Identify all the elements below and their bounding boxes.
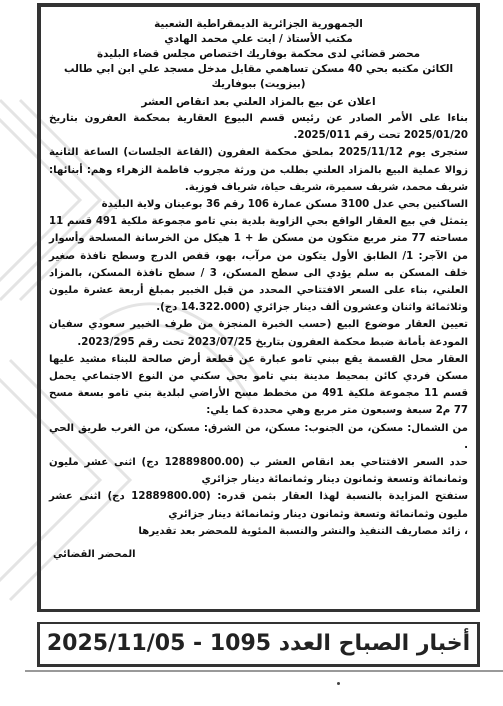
paragraph-expertise: تعيين العقار موضوع البيع (حسب الخبرة الم…: [49, 316, 468, 350]
paragraph-property: يتمثل في بيع العقار الواقع بحي الزاوية ب…: [49, 213, 468, 316]
speck: [337, 682, 340, 685]
paragraph-land: العقار محل القسمة يقع ببني تامو عبارة عن…: [49, 351, 468, 420]
paragraph-residence: الساكنين بحي عدل 3100 مسكن عمارة 106 رقم…: [49, 196, 468, 213]
newspaper-footer: أخبار الصباح العدد 1095 - 2025/11/05: [37, 622, 480, 667]
page-divider: [25, 670, 503, 672]
paragraph-boundaries: من الشمال: مسكن، من الجنوب: مسكن، من الش…: [49, 420, 468, 454]
legal-notice-box: الجمهورية الجزائرية الديمقراطية الشعبية …: [37, 3, 480, 612]
header-office: مكتب الأستاذ / ايت علي محمد الهادي: [49, 32, 468, 47]
header-address: الكائن مكتبه بحي 40 مسكن تساهمي مقابل مد…: [49, 62, 468, 92]
paragraph-opening-price: حدد السعر الافتتاحي بعد انقاص العشر ب (1…: [49, 454, 468, 488]
header-bailiff: محضر قضائي لدى محكمة بوفاريك اختصاص مجلس…: [49, 47, 468, 62]
footer-issue-date: أخبار الصباح العدد 1095 - 2025/11/05: [47, 631, 470, 656]
paragraph-order: بناءا على الأمر الصادر عن رئيس قسم البيو…: [49, 110, 468, 144]
paragraph-fees: ، زائد مصاريف التنفيذ والنشر والنسبة الم…: [49, 523, 468, 540]
paragraph-auction-date: ستجرى يوم 2025/11/12 بملحق محكمة العفرون…: [49, 144, 468, 196]
notice-title: اعلان عن بيع بالمزاد العلني بعد انقاص ال…: [49, 94, 468, 110]
header-republic: الجمهورية الجزائرية الديمقراطية الشعبية: [49, 17, 468, 32]
paragraph-bidding-start: ستفتح المزايدة بالنسبة لهذا العقار بثمن …: [49, 488, 468, 522]
signature: المحضر القضائي: [49, 546, 468, 564]
